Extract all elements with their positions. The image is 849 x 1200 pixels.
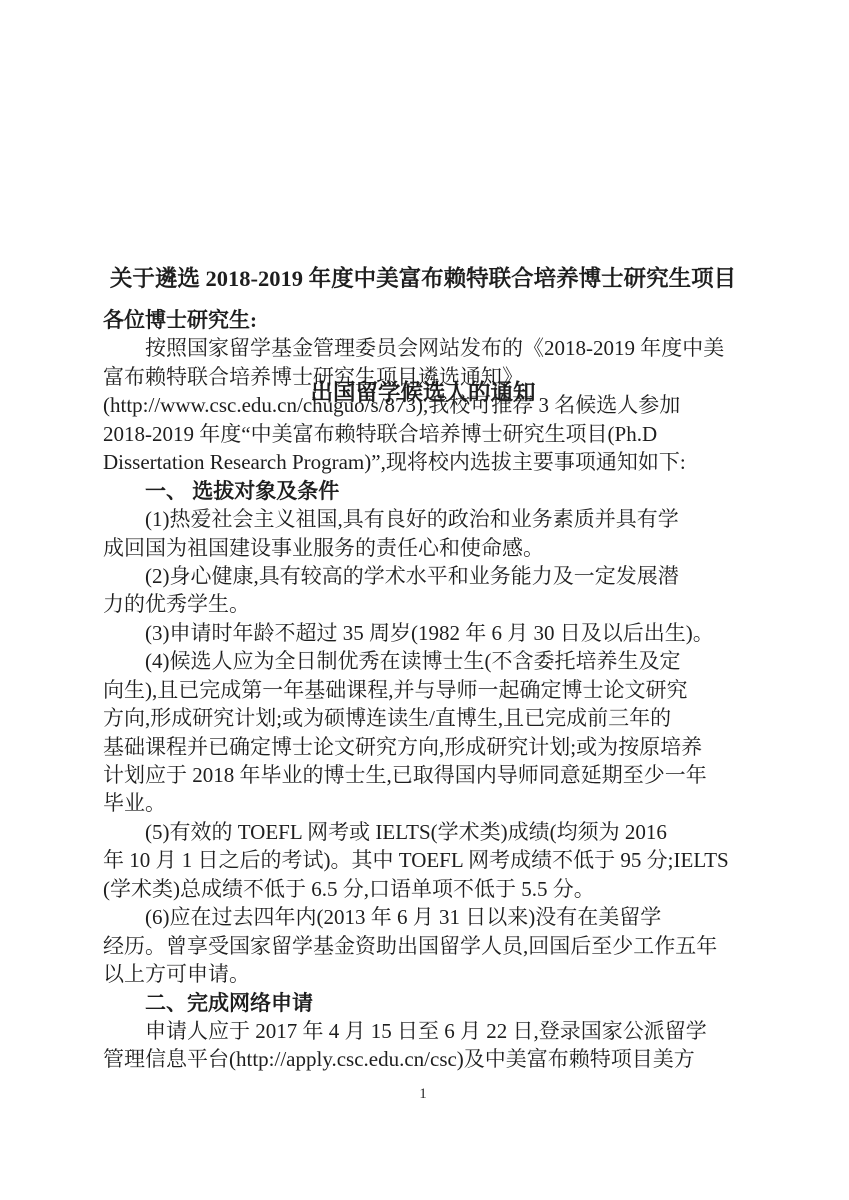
text-line: (1)热爱社会主义祖国,具有良好的政治和业务素质并具有学 xyxy=(103,505,743,533)
document-body: 各位博士研究生:按照国家留学基金管理委员会网站发布的《2018-2019 年度中… xyxy=(103,306,743,1074)
text-line: 按照国家留学基金管理委员会网站发布的《2018-2019 年度中美 xyxy=(103,334,743,362)
heading-line: 二、完成网络申请 xyxy=(103,989,743,1017)
page-number: 1 xyxy=(103,1086,743,1103)
text-line: 以上方可申请。 xyxy=(103,960,743,988)
text-line: 计划应于 2018 年毕业的博士生,已取得国内导师同意延期至少一年 xyxy=(103,761,743,789)
text-line: 2018-2019 年度“中美富布赖特联合培养博士研究生项目(Ph.D xyxy=(103,420,743,448)
text-line: (3)申请时年龄不超过 35 周岁(1982 年 6 月 30 日及以后出生)。 xyxy=(103,619,743,647)
text-line: (2)身心健康,具有较高的学术水平和业务能力及一定发展潜 xyxy=(103,562,743,590)
text-line: 富布赖特联合培养博士研究生项目遴选通知》 xyxy=(103,363,743,391)
text-line: 管理信息平台(http://apply.csc.edu.cn/csc)及中美富布… xyxy=(103,1045,743,1073)
heading-line: 一、 选拔对象及条件 xyxy=(103,477,743,505)
text-line: 成回国为祖国建设事业服务的责任心和使命感。 xyxy=(103,534,743,562)
text-line: (http://www.csc.edu.cn/chuguo/s/873),我校可… xyxy=(103,391,743,419)
text-line: (学术类)总成绩不低于 6.5 分,口语单项不低于 5.5 分。 xyxy=(103,875,743,903)
text-line: 力的优秀学生。 xyxy=(103,590,743,618)
title-line-1: 关于遴选 2018-2019 年度中美富布赖特联合培养博士研究生项目 xyxy=(103,260,743,298)
text-line: Dissertation Research Program)”,现将校内选拔主要… xyxy=(103,448,743,476)
text-line: 基础课程并已确定博士论文研究方向,形成研究计划;或为按原培养 xyxy=(103,733,743,761)
text-line: 向生),且已完成第一年基础课程,并与导师一起确定博士论文研究 xyxy=(103,676,743,704)
salutation-line: 各位博士研究生: xyxy=(103,306,743,334)
text-line: 毕业。 xyxy=(103,789,743,817)
text-line: 年 10 月 1 日之后的考试)。其中 TOEFL 网考成绩不低于 95 分;I… xyxy=(103,846,743,874)
text-line: (5)有效的 TOEFL 网考或 IELTS(学术类)成绩(均须为 2016 xyxy=(103,818,743,846)
text-line: 申请人应于 2017 年 4 月 15 日至 6 月 22 日,登录国家公派留学 xyxy=(103,1017,743,1045)
text-line: 经历。曾享受国家留学基金资助出国留学人员,回国后至少工作五年 xyxy=(103,932,743,960)
text-line: (6)应在过去四年内(2013 年 6 月 31 日以来)没有在美留学 xyxy=(103,903,743,931)
text-line: 方向,形成研究计划;或为硕博连读生/直博生,且已完成前三年的 xyxy=(103,704,743,732)
text-line: (4)候选人应为全日制优秀在读博士生(不含委托培养生及定 xyxy=(103,647,743,675)
document-page: 关于遴选 2018-2019 年度中美富布赖特联合培养博士研究生项目 出国留学候… xyxy=(0,0,849,1200)
